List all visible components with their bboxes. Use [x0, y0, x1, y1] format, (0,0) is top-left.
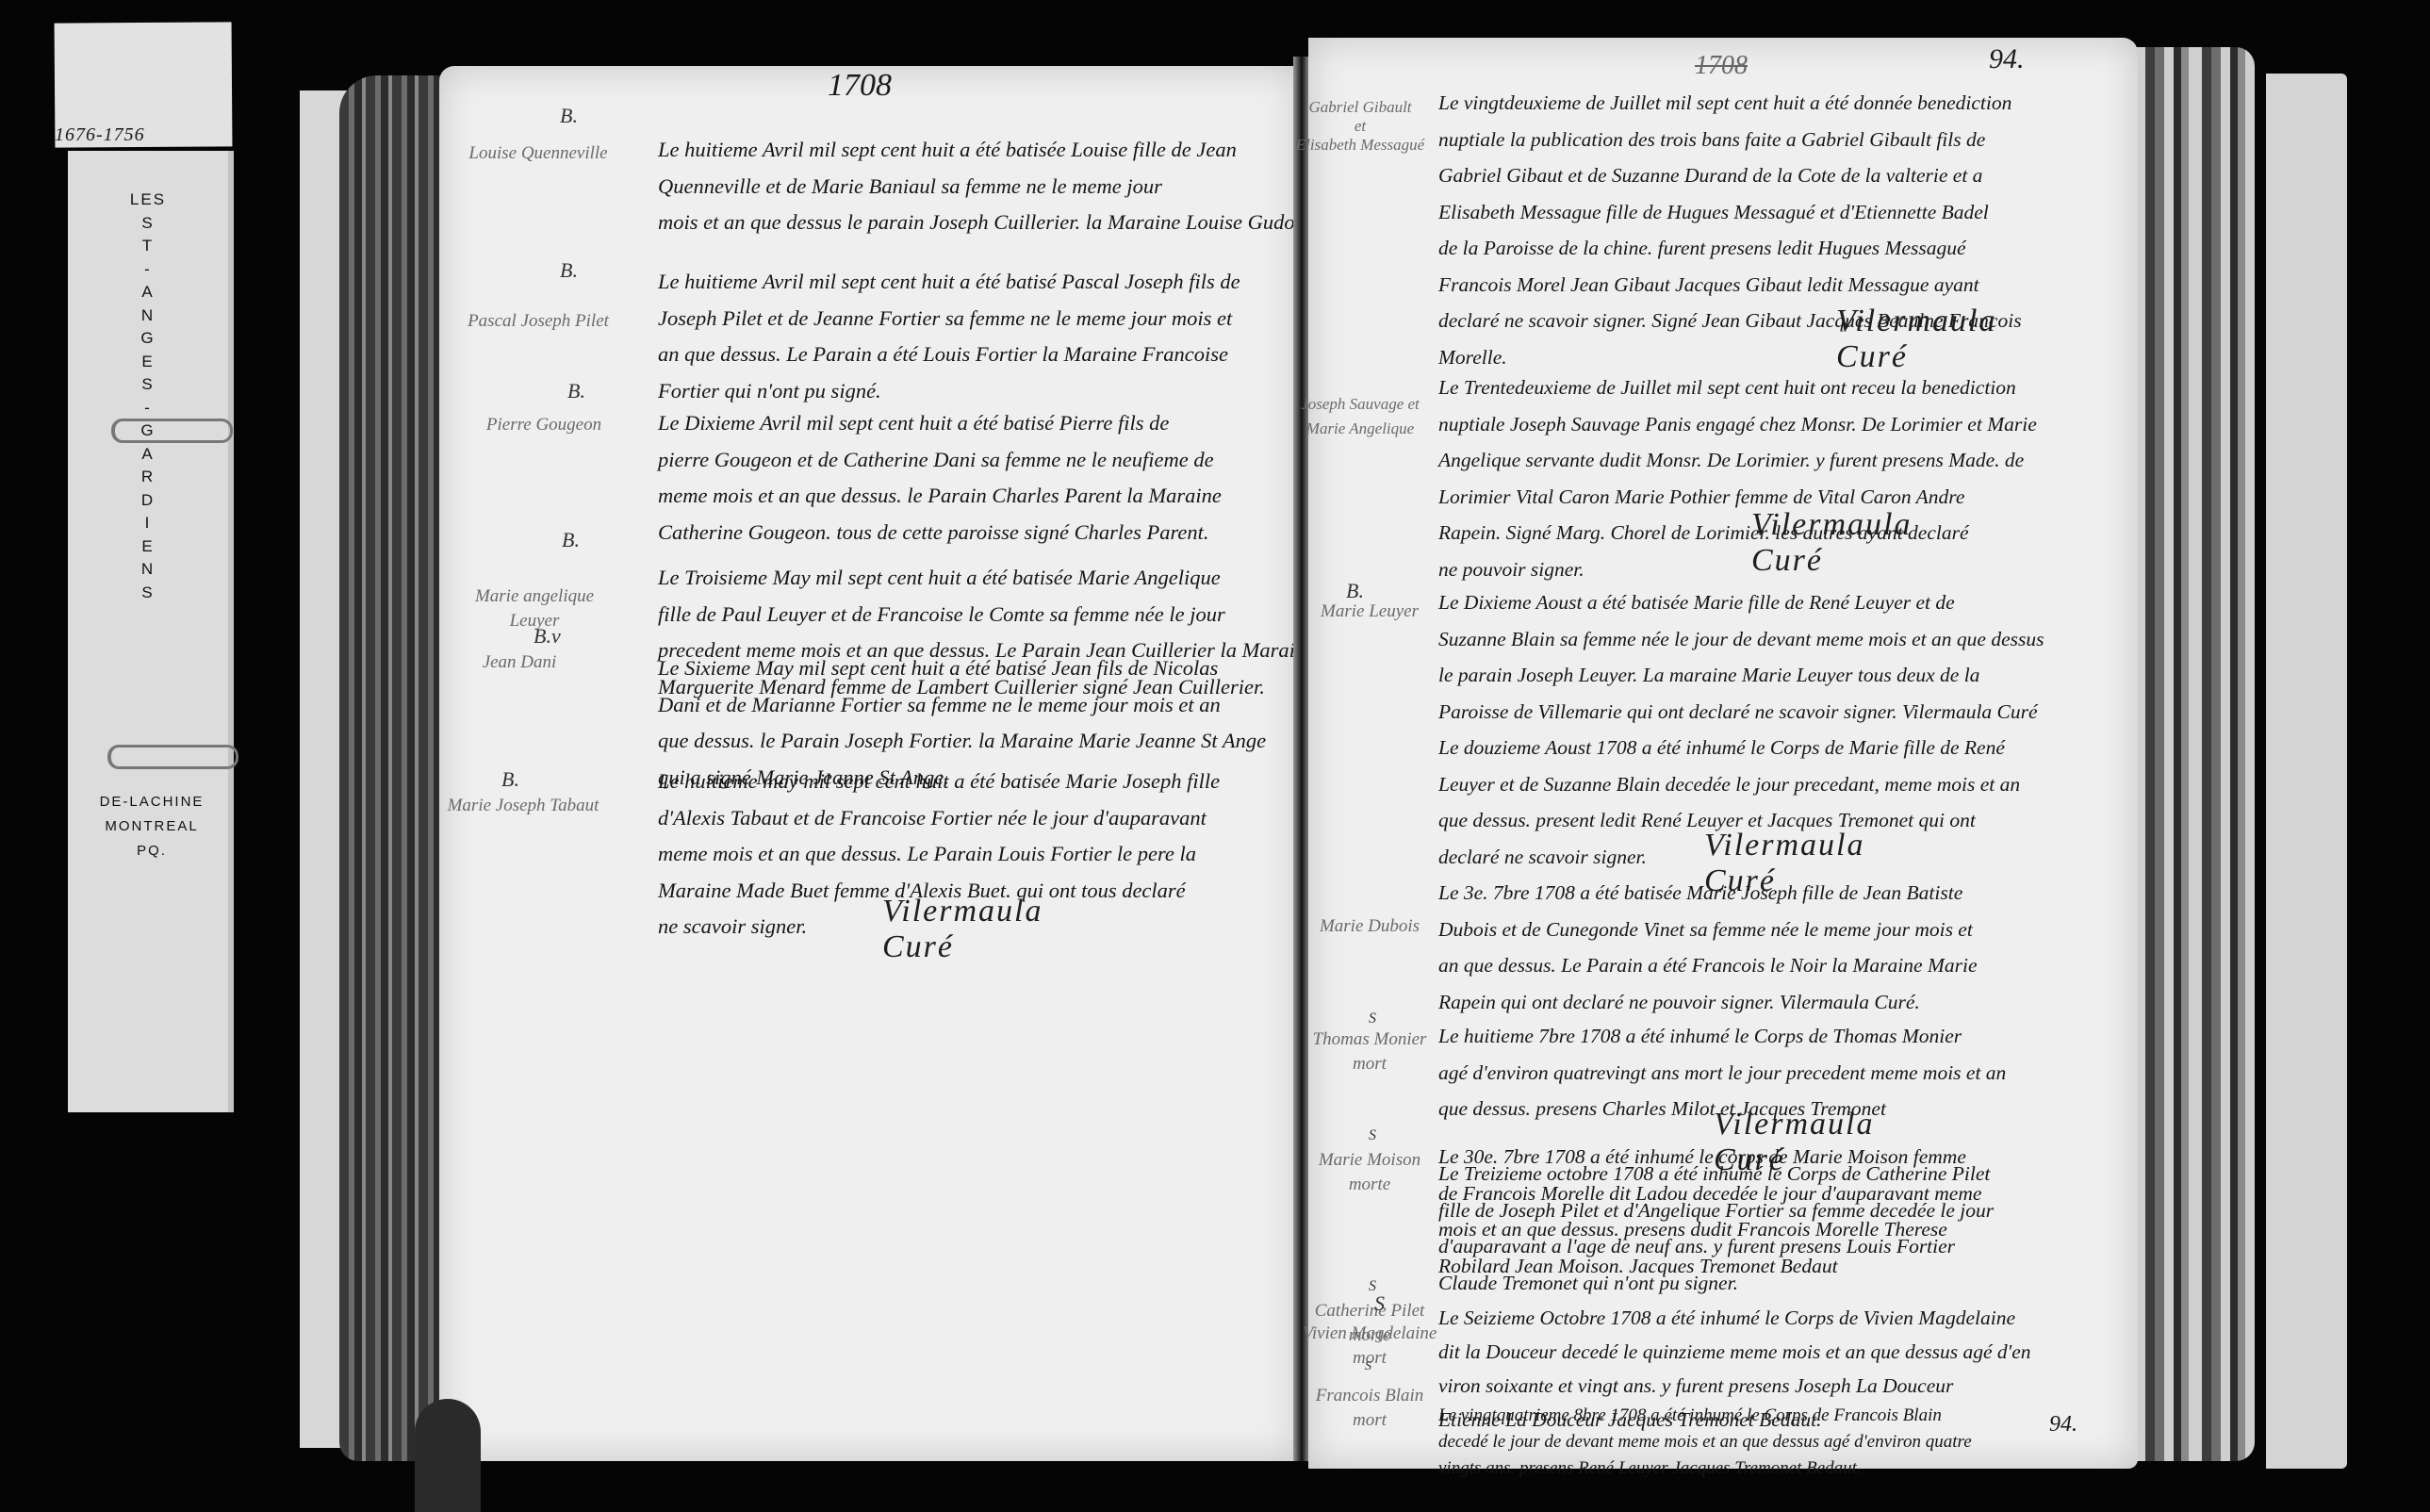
right-page: 1708 94. Gabriel Gibault et Elisabeth Me…	[1308, 38, 2138, 1469]
margin-name: Gabriel Gibault et Elisabeth Messagué	[1271, 98, 1450, 155]
entry-type-mark: S	[1369, 1011, 1376, 1027]
entry-type-mark: B.	[562, 528, 580, 552]
entry-text: Le Dixieme Aoust a été batisée Marie fil…	[1438, 584, 2044, 730]
left-page-edges	[339, 75, 443, 1461]
entry-type-mark: B.	[501, 767, 519, 792]
entry-type-mark: B.	[567, 379, 585, 403]
entry-type-mark: B.	[560, 104, 578, 128]
paper-clip-icon	[107, 745, 238, 769]
entry-type-mark: S	[1369, 1127, 1376, 1144]
year-heading: 1708	[828, 68, 892, 104]
margin-name: Joseph Sauvage et Marie Angelique	[1271, 392, 1450, 441]
margin-name: Marie Leuyer	[1280, 600, 1459, 624]
priest-signature: Vilermaula Curé	[1751, 507, 1912, 579]
margin-name: Francois Blain mort	[1280, 1384, 1459, 1433]
margin-name: Thomas Monier mort	[1280, 1027, 1459, 1076]
index-title: LES S T - A N G E S - G A R D I E N S	[68, 189, 228, 604]
entry-text: Le Trentedeuxieme de Juillet mil sept ce…	[1438, 370, 2037, 587]
priest-signature: Vilermaula Curé	[1836, 304, 1996, 375]
priest-signature: Vilermaula Curé	[882, 894, 1043, 965]
left-page: 1708 B. Louise Quenneville Le huitieme A…	[439, 66, 1299, 1461]
margin-name: Louise Quenneville	[449, 141, 628, 166]
margin-name: Jean Dani	[430, 650, 609, 675]
margin-name: Marie Dubois	[1280, 914, 1459, 939]
entry-text: Le huitieme Avril mil sept cent huit a é…	[658, 132, 1305, 241]
index-years: 1676-1756	[55, 124, 145, 146]
crossed-year-heading: 1708	[1695, 51, 1748, 81]
right-cover-board	[2266, 74, 2347, 1469]
entry-text: Le Treizieme octobre 1708 a été inhumé l…	[1438, 1156, 1994, 1301]
entry-text: Le Dixieme Avril mil sept cent huit a ét…	[658, 405, 1222, 551]
margin-name: Marie Joseph Tabaut	[434, 794, 613, 818]
entry-text: Le 3e. 7bre 1708 a été batisée Marie Jos…	[1438, 875, 1977, 1020]
margin-name: Pascal Joseph Pilet	[449, 309, 628, 334]
right-page-edges	[2132, 47, 2255, 1461]
entry-text: Le vingtquatrieme 8bre 1708 a été inhumé…	[1438, 1403, 1972, 1482]
entry-type-mark: S	[1374, 1291, 1385, 1316]
page-number-bottom: 94.	[2049, 1412, 2077, 1438]
index-strip: LES S T - A N G E S - G A R D I E N S DE…	[68, 151, 234, 1112]
entry-type-mark: S	[1365, 1359, 1371, 1374]
page-number-top: 94.	[1989, 43, 2025, 75]
margin-name: Marie Moison morte	[1280, 1148, 1459, 1197]
entry-type-mark: B.v	[534, 624, 561, 649]
paper-clip-icon	[111, 419, 233, 443]
index-location: DE-LACHINE MONTREAL PQ.	[68, 790, 236, 863]
microfilm-scan: 1676-1756 LES S T - A N G E S - G A R D …	[0, 0, 2430, 1512]
thumb-holding-page	[415, 1399, 481, 1512]
margin-name: Pierre Gougeon	[454, 413, 633, 437]
entry-text: Le huitieme Avril mil sept cent huit a é…	[658, 264, 1240, 409]
entry-type-mark: B.	[560, 258, 578, 283]
